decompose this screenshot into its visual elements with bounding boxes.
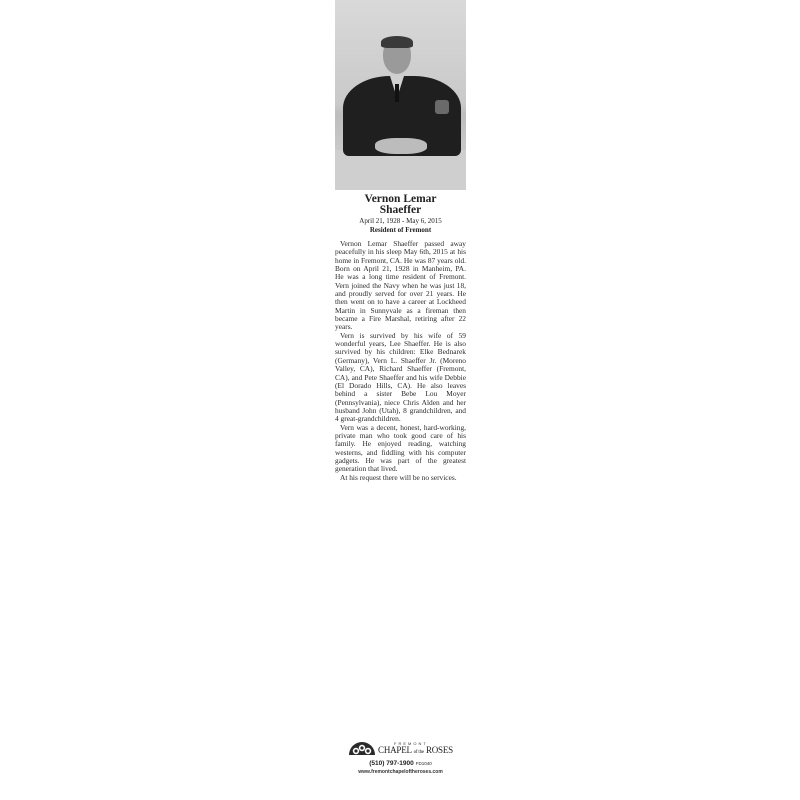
portrait-photo [335, 0, 466, 190]
photo-hands [375, 138, 427, 154]
logo-name: CHAPEL of the ROSES [378, 746, 453, 755]
photo-rank-patch [435, 100, 449, 114]
paragraph-survivors: Vern is survived by his wife of 59 wonde… [335, 332, 466, 424]
life-dates: April 21, 1928 - May 6, 2015 [335, 217, 466, 226]
logo-name-chapel: CHAPEL [378, 745, 411, 755]
logo-wordmark: FREMONT CHAPEL of the ROSES [378, 742, 453, 755]
funeral-home-phone: (510) 797-1900FD1040 [335, 760, 466, 767]
photo-desk [335, 150, 466, 190]
paragraph-services: At his request there will be no services… [335, 474, 466, 482]
deceased-name: Vernon Lemar Shaeffer [335, 194, 466, 216]
funeral-home-footer: FREMONT CHAPEL of the ROSES (510) 797-19… [335, 740, 466, 775]
logo-name-roses: ROSES [426, 745, 453, 755]
fd-license: FD1040 [416, 761, 432, 766]
paragraph-character: Vern was a decent, honest, hard-working,… [335, 424, 466, 474]
logo-name-of: of the [414, 750, 424, 755]
funeral-home-logo: FREMONT CHAPEL of the ROSES [335, 740, 466, 756]
rose-dome-icon [348, 740, 376, 756]
phone-number: (510) 797-1900 [369, 760, 413, 767]
obituary-column: Vernon Lemar Shaeffer April 21, 1928 - M… [335, 0, 466, 482]
photo-hair [381, 36, 413, 48]
photo-tie [395, 84, 399, 102]
paragraph-biography: Vernon Lemar Shaeffer passed away peacef… [335, 240, 466, 332]
obituary-body: Vernon Lemar Shaeffer passed away peacef… [335, 240, 466, 482]
funeral-home-url: www.fremontchapeloftheroses.com [335, 769, 466, 775]
name-line-2: Shaeffer [335, 205, 466, 216]
residence: Resident of Fremont [335, 226, 466, 234]
